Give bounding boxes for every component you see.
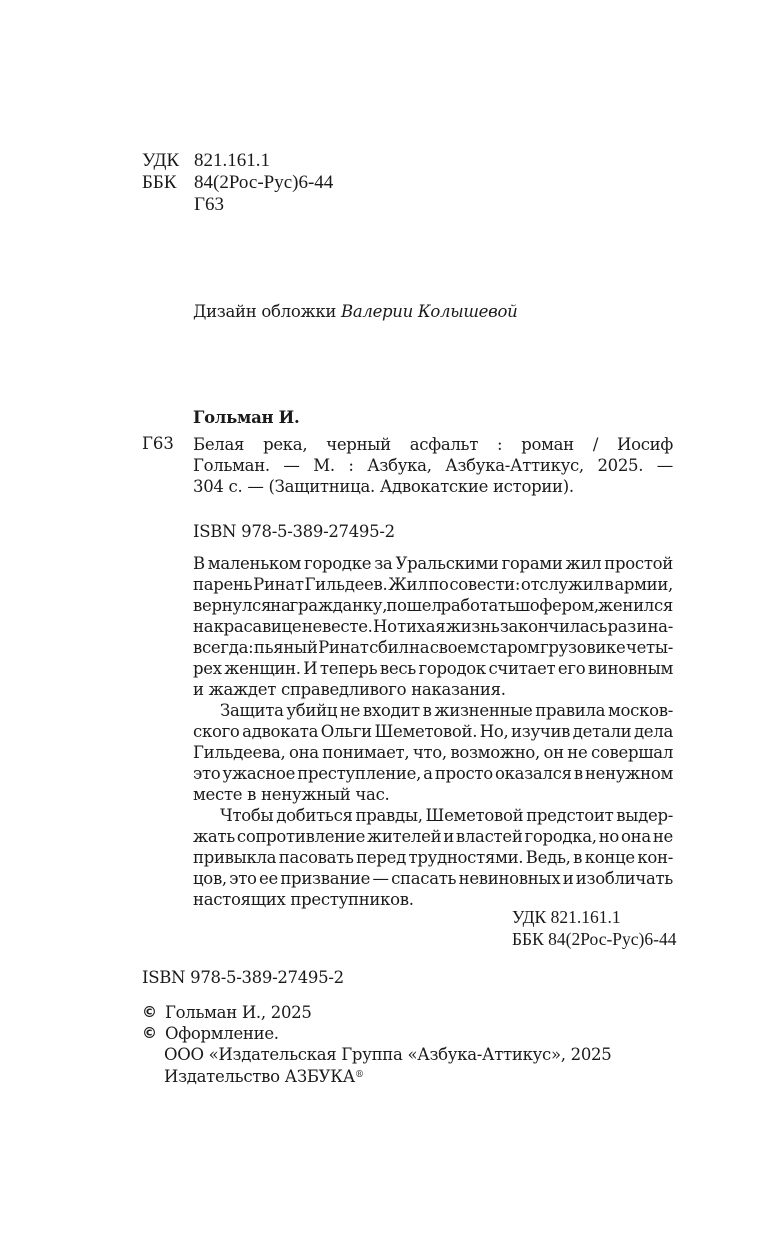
annotation-paragraph-3: Чтобы добиться правды, Шеметовой предсто… <box>193 805 673 910</box>
copyright-author-row: © Гольман И., 2025 <box>142 1002 611 1023</box>
annotation-line: парень Ринат Гильдеев. Жил по совести: о… <box>193 574 673 595</box>
copyright-icon: © <box>142 1023 165 1044</box>
bbk-label: ББК <box>142 172 194 194</box>
registered-mark-icon: ® <box>355 1070 364 1080</box>
author-sign: Г63 <box>194 194 224 216</box>
copyright-block: © Гольман И., 2025 © Оформление. ООО «Из… <box>142 1002 611 1087</box>
udk-value: 821.161.1 <box>194 150 270 172</box>
annotation-line: рех женщин. И теперь весь городок считае… <box>193 658 673 679</box>
bibliographic-description: Белая река, черный асфальт : роман / Иос… <box>193 434 673 497</box>
bib-line: Белая река, черный асфальт : роман / Иос… <box>193 434 673 455</box>
cover-designer-name: Валерии Колышевой <box>341 302 517 321</box>
publisher-row: Издательство АЗБУКА® <box>142 1065 611 1087</box>
cover-design-prefix: Дизайн обложки <box>193 302 336 321</box>
bib-line: 304 с. — (Защитница. Адвокатские истории… <box>193 476 673 497</box>
copyright-author: Гольман И., 2025 <box>165 1002 312 1023</box>
annotation-line: Защита убийц не входит в жизненные прави… <box>193 700 673 721</box>
annotation-line: месте в ненужный час. <box>193 784 673 805</box>
publisher-group: ООО «Издательская Группа «Азбука-Аттикус… <box>142 1044 611 1065</box>
classification-codes: УДК 821.161.1 ББК 84(2Рос-Рус)6-44 Г63 <box>142 150 333 216</box>
annotation-line: жать сопротивление жителей и властей гор… <box>193 826 673 847</box>
publisher-name: Издательство АЗБУКА <box>164 1067 355 1086</box>
isbn-primary: ISBN 978-5-389-27495-2 <box>193 522 395 541</box>
copyright-icon: © <box>142 1002 165 1023</box>
annotation-paragraph-1: В маленьком городке за Уральскими горами… <box>193 553 673 700</box>
author-heading: Гольман И. <box>193 408 299 427</box>
bbk-row: ББК 84(2Рос-Рус)6-44 <box>142 172 333 194</box>
annotation-paragraph-2: Защита убийц не входит в жизненные прави… <box>193 700 673 805</box>
annotation-line: вернулся на гражданку, пошел работать шо… <box>193 595 673 616</box>
annotation-line: и жаждет справедливого наказания. <box>193 679 673 700</box>
bib-author-sign: Г63 <box>142 434 174 453</box>
bottom-udk: УДК 821.161.1 <box>512 906 676 928</box>
isbn-footer: ISBN 978-5-389-27495-2 <box>142 968 344 987</box>
cover-design-credit: Дизайн обложки Валерии Колышевой <box>193 302 517 321</box>
bib-line: Гольман. — М. : Азбука, Азбука-Аттикус, … <box>193 455 673 476</box>
annotation-line: на красавице невесте. Но тихая жизнь зак… <box>193 616 673 637</box>
bbk-value: 84(2Рос-Рус)6-44 <box>194 172 333 194</box>
annotation-line: всегда: пьяный Ринат сбил на своем старо… <box>193 637 673 658</box>
annotation-line: привыкла пасовать перед трудностями. Вед… <box>193 847 673 868</box>
bottom-bbk: ББК 84(2Рос-Рус)6-44 <box>512 928 676 950</box>
annotation: В маленьком городке за Уральскими горами… <box>193 553 673 910</box>
author-sign-row: Г63 <box>142 194 333 216</box>
udk-row: УДК 821.161.1 <box>142 150 333 172</box>
copyright-design: Оформление. <box>165 1023 279 1044</box>
annotation-line: Гильдеева, она понимает, что, возможно, … <box>193 742 673 763</box>
annotation-line: цов, это ее призвание — спасать невиновн… <box>193 868 673 889</box>
annotation-line: Чтобы добиться правды, Шеметовой предсто… <box>193 805 673 826</box>
annotation-line: В маленьком городке за Уральскими горами… <box>193 553 673 574</box>
annotation-line: ского адвоката Ольги Шеметовой. Но, изуч… <box>193 721 673 742</box>
annotation-line: это ужасное преступление, а просто оказа… <box>193 763 673 784</box>
udk-label: УДК <box>142 150 194 172</box>
copyright-design-row: © Оформление. <box>142 1023 611 1044</box>
imprint-page: УДК 821.161.1 ББК 84(2Рос-Рус)6-44 Г63 Д… <box>0 0 768 1240</box>
bottom-classification: УДК 821.161.1 ББК 84(2Рос-Рус)6-44 <box>512 906 676 950</box>
